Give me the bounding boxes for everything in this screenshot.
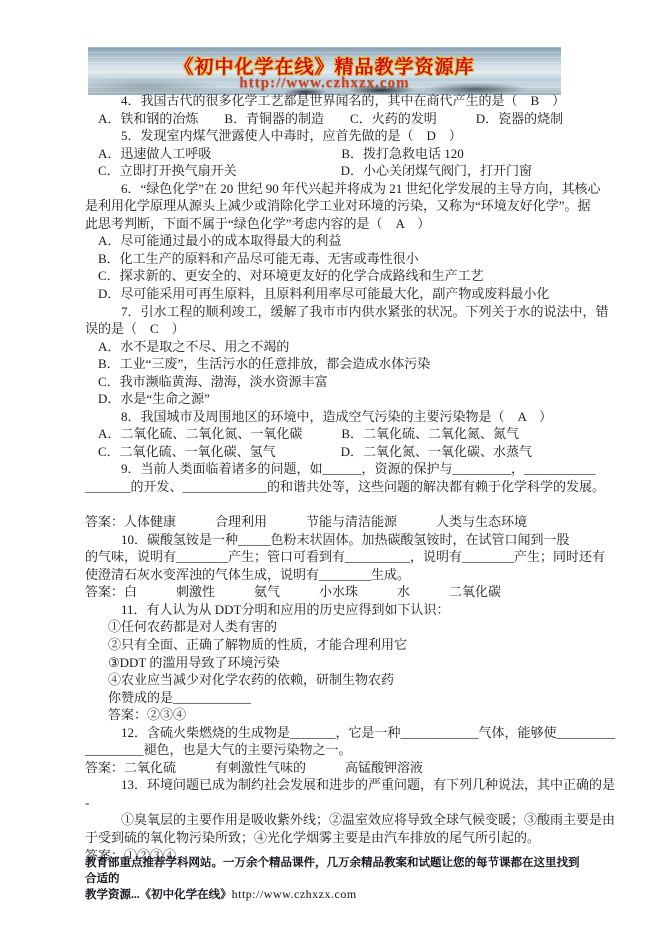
document-line: 11．有人认为从 DDT分明和应用的历史应得到如下认识：	[85, 601, 585, 619]
document-line: 10．碳酸氢铵是一种_____色粉末状固体。加热碳酸氢铵时，在试管口闻到一股	[85, 531, 585, 549]
document-line: ①任何农药都是对人类有害的	[85, 618, 585, 636]
document-line: C．我市濒临黄海、渤海，淡水资源丰富	[85, 373, 585, 391]
document-line: 7．引水工程的顺利竣工，缓解了我市市内供水紧张的状况。下列关于水的说法中，错	[85, 303, 585, 321]
document-line: A．水不是取之不尽、用之不竭的	[85, 338, 585, 356]
document-line: 8．我国城市及周围地区的环境中，造成空气污染的主要污染物是（ A ）	[85, 408, 585, 426]
document-line: 答案：人体健康 合理利用 节能与清洁能源 人类与生态环境	[85, 513, 585, 531]
document-line: B．工业“三废”，生活污水的任意排放，都会造成水体污染	[85, 355, 585, 373]
document-line: A．迅速做人工呼吸 B．拨打急救电话 120	[85, 145, 585, 163]
document-line: 答案：白 刺激性 氨气 小水珠 水 二氧化碳	[85, 583, 585, 601]
document-line: 6．“绿色化学”在 20 世纪 90 年代兴起并将成为 21 世纪化学发展的主导…	[85, 180, 585, 198]
document-line	[85, 496, 585, 514]
document-line: 你赞成的是____________	[85, 689, 585, 707]
document-line: A．二氧化硫、二氧化氮、一氧化碳 B．二氧化硫、二氧化氮、氮气	[85, 425, 585, 443]
document-line: 的气味，说明有________产生；管口可看到有__________，说明有__…	[85, 548, 585, 566]
banner-url-link[interactable]: http://www.czhxzx.com	[88, 75, 561, 92]
document-line: 答案：二氧化硫 有刺激性气味的 高锰酸钾溶液	[85, 759, 585, 777]
document-line: 使澄清石灰水变浑浊的气体生成，说明有________生成。	[85, 566, 585, 584]
document-line: C．立即打开换气扇开关 D．小心关闭煤气阀门，打开门窗	[85, 162, 585, 180]
document-lines: 4．我国古代的很多化学工艺都是世界闻名的，其中在商代产生的是（ B ）A．铁和钢…	[85, 92, 585, 864]
footer-site-name: 教学资源...《初中化学在线》	[85, 889, 232, 901]
document-line: 13．环境问题已成为制约社会发展和进步的严重问题，有下列几种说法，其中正确的是	[85, 776, 585, 794]
page-footer: 教育部重点推荐学科网站。一万余个精品课件，几万余精品教案和试题让您的每节课都在这…	[85, 856, 590, 904]
document-line: ④农业应当减少对化学农药的依赖，研制生物农药	[85, 671, 585, 689]
document-line: ③DDT 的滥用导致了环境污染	[85, 654, 585, 672]
document-line: 4．我国古代的很多化学工艺都是世界闻名的，其中在商代产生的是（ B ）	[85, 92, 585, 110]
document-line: C．探求新的、更安全的、对环境更友好的化学合成路线和生产工艺	[85, 267, 585, 285]
document-line: 于受到硫的氧化物污染所致；④光化学烟雾主要是由汽车排放的尾气所引起的。	[85, 829, 585, 847]
document-line: B．化工生产的原料和产品尽可能无毒、无害或毒性很小	[85, 250, 585, 268]
document-line: 5．发现室内煤气泄露使人中毒时，应首先做的是（ D ）	[85, 127, 585, 145]
document-line: 是利用化学原理从源头上减少或消除化学工业对环境的污染，又称为“环境友好化学”。据	[85, 197, 585, 215]
document-line: _________褪色，也是大气的主要污染物之一。	[85, 741, 585, 759]
document-line: 此思考判断，下面不属于“绿色化学”考虑内容的是（ A ）	[85, 215, 585, 233]
document-line: 答案：②③④	[85, 706, 585, 724]
footer-line2: 教学资源...《初中化学在线》http://www.czhxzx.com	[85, 887, 590, 904]
document-line: A．铁和钢的冶炼 B．青铜器的制造 C．火药的发明 D．瓷器的烧制	[85, 110, 585, 128]
document-line: ②只有全面、正确了解物质的性质，才能合理利用它	[85, 636, 585, 654]
document-line: D．水是“生命之源”	[85, 390, 585, 408]
document-line: A．尽可能通过最小的成本取得最大的利益	[85, 232, 585, 250]
document-line: ①臭氧层的主要作用是吸收紫外线；②温室效应将导致全球气候变暖；③酸雨主要是由	[85, 811, 585, 829]
document-line: _______的开发、_____________的和谐共处等，这些问题的解决都有…	[85, 478, 585, 496]
document-line: 9．当前人类面临着诸多的问题，如______，资源的保护与_________，_…	[85, 460, 585, 478]
site-banner-image: 《初中化学在线》精品教学资源库 http://www.czhxzx.com	[88, 47, 561, 95]
document-line: C．二氧化硫、一氧化碳、氢气 D．二氧化氮、一氧化碳、水蒸气	[85, 443, 585, 461]
document-line: D．尽可能采用可再生原料，且原料利用率尽可能最大化，副产物或废料最小化	[85, 285, 585, 303]
document-page: 《初中化学在线》精品教学资源库 http://www.czhxzx.com 4．…	[0, 0, 661, 935]
document-line: 误的是（ C ）	[85, 320, 585, 338]
document-line: -	[85, 794, 585, 812]
document-line: 12．含硫火柴燃烧的生成物是_______，它是一种____________气体…	[85, 724, 585, 742]
footer-url-link[interactable]: http://www.czhxzx.com	[232, 887, 357, 901]
footer-promo-text: 教育部重点推荐学科网站。一万余个精品课件，几万余精品教案和试题让您的每节课都在这…	[85, 856, 590, 887]
